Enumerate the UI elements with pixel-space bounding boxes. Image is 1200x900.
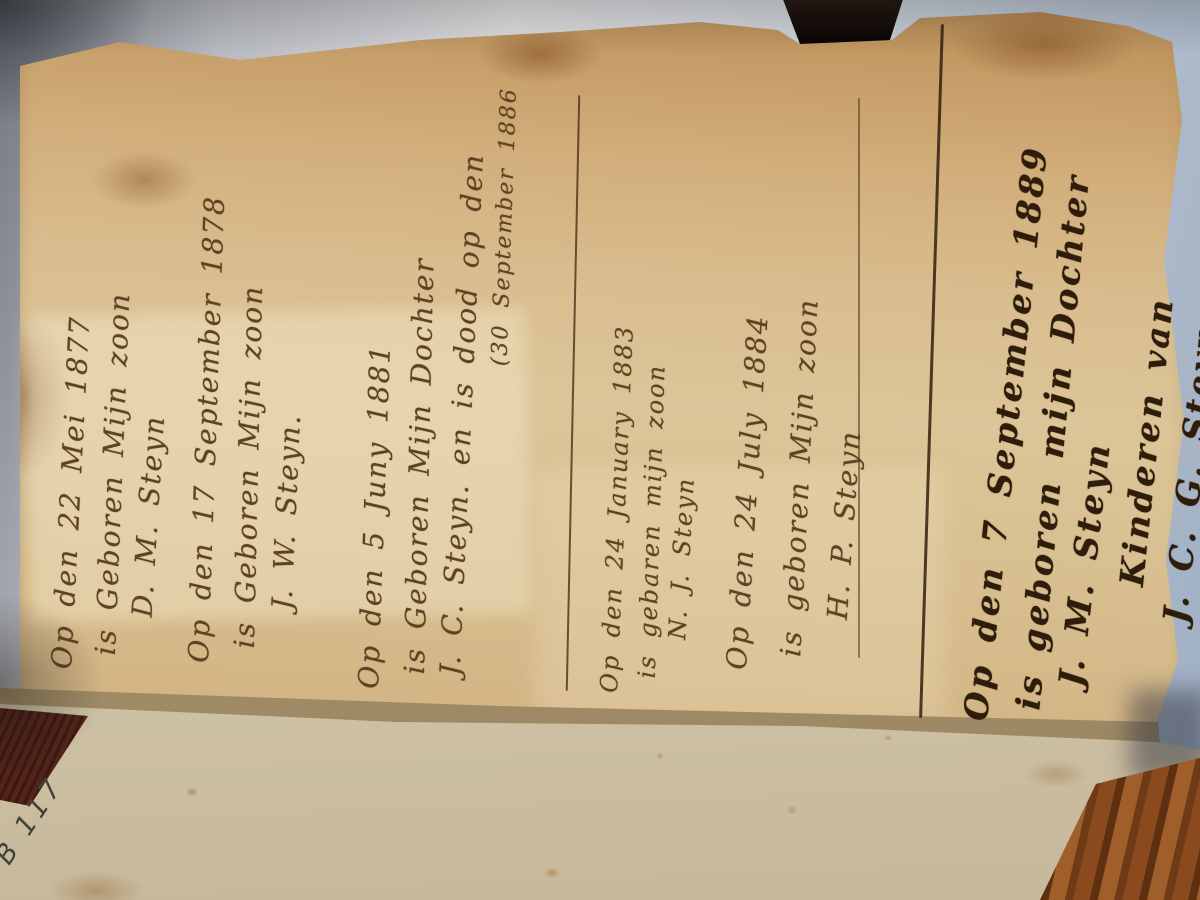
photo-of-handwritten-register-page: Op den 22 Mei 1877 is Geboren Mijn zoon … xyxy=(0,0,1200,900)
